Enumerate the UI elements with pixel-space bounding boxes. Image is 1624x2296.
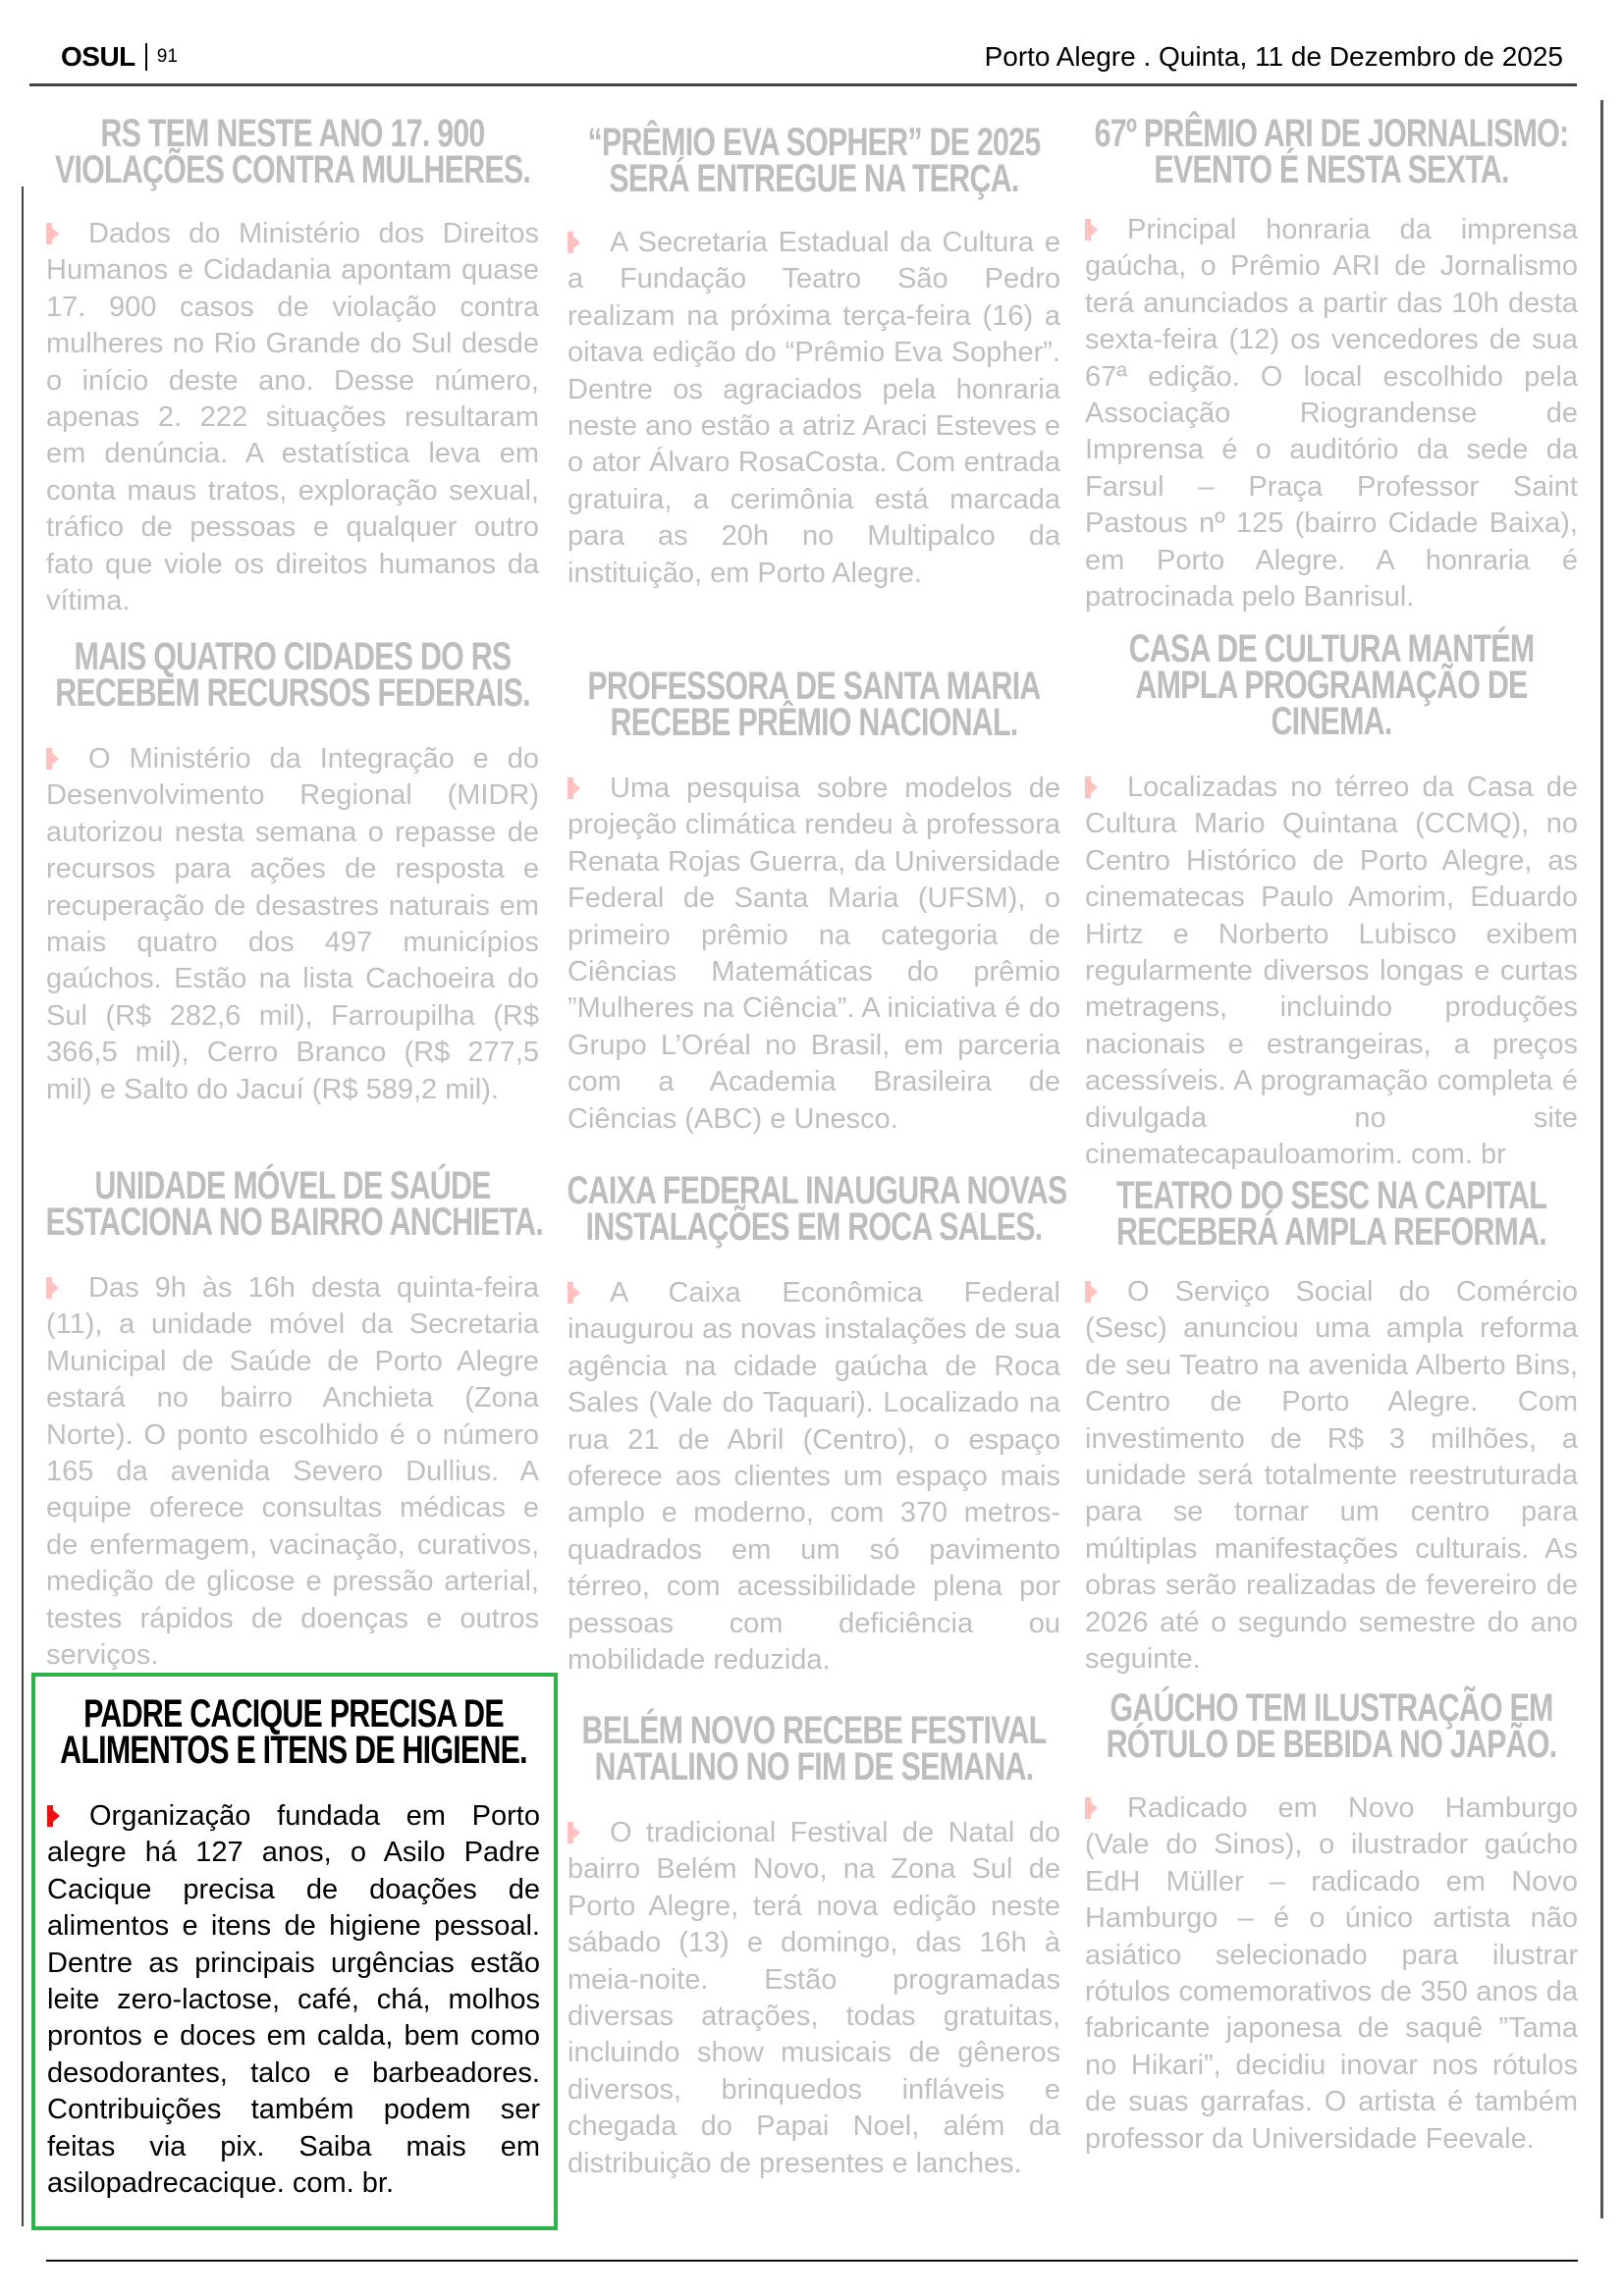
headline: CAIXA FEDERAL INAUGURA NOVAS INSTALAÇÕES… <box>567 1173 1060 1246</box>
article-unidade-movel: UNIDADE MÓVEL DE SAÚDE ESTACIONA NO BAIR… <box>46 1168 539 1674</box>
article-premio-ari: 67º PRÊMIO ARI DE JORNALISMO: EVENTO É N… <box>1085 116 1578 615</box>
headline-line: ALIMENTOS E ITENS DE HIGIENE. <box>46 1733 540 1769</box>
article-recursos-federais: MAIS QUATRO CIDADES DO RS RECEBEM RECURS… <box>46 639 539 1108</box>
headline-line: PROFESSORA DE SANTA MARIA <box>567 668 1060 705</box>
article-body: O Ministério da Integração e do Desenvol… <box>46 741 539 1108</box>
headline: BELÉM NOVO RECEBE FESTIVAL NATALINO NO F… <box>567 1713 1060 1786</box>
article-teatro-sesc: TEATRO DO SESC NA CAPITAL RECEBERÁ AMPLA… <box>1085 1178 1578 1678</box>
article-gaucho-japao: GAÚCHO TEM ILUSTRAÇÃO EM RÓTULO DE BEBID… <box>1085 1690 1578 2158</box>
headline: MAIS QUATRO CIDADES DO RS RECEBEM RECURS… <box>45 639 539 712</box>
article-text: Organização fundada em Porto alegre há 1… <box>47 1800 540 2199</box>
publication-name: OSUL <box>61 41 135 73</box>
article-body: Dados do Ministério dos Direitos Humanos… <box>46 216 539 619</box>
headline: PADRE CACIQUE PRECISA DE ALIMENTOS E ITE… <box>46 1696 540 1769</box>
article-body: Uma pesquisa sobre modelos de projeção c… <box>568 771 1060 1138</box>
bullet-arrow-icon <box>46 1277 59 1299</box>
bullet-arrow-icon <box>1085 1281 1098 1303</box>
highlight-box: PADRE CACIQUE PRECISA DE ALIMENTOS E ITE… <box>31 1673 558 2230</box>
headline-line: INSTALAÇÕES EM ROCA SALES. <box>567 1209 1060 1246</box>
bullet-arrow-icon <box>1085 219 1098 240</box>
article-body: Principal honraria da imprensa gaúcha, o… <box>1085 212 1578 615</box>
column-2-c: CAIXA FEDERAL INAUGURA NOVAS INSTALAÇÕES… <box>568 1173 1060 1707</box>
article-text: A Caixa Econômica Federal inaugurou as n… <box>568 1277 1060 1676</box>
headline-line: PADRE CACIQUE PRECISA DE <box>46 1696 540 1733</box>
headline-line: 67º PRÊMIO ARI DE JORNALISMO: <box>1084 116 1578 152</box>
article-body: Das 9h às 16h desta quinta-feira (11), a… <box>46 1270 539 1674</box>
column-2: “PRÊMIO EVA SOPHER” DE 2025 SERÁ ENTREGU… <box>568 125 1060 620</box>
column-1: RS TEM NESTE ANO 17. 900 VIOLAÇÕES CONTR… <box>46 116 539 648</box>
column-3-b: CASA DE CULTURA MANTÉM AMPLA PROGRAMAÇÃO… <box>1085 631 1578 1201</box>
bullet-arrow-icon <box>568 777 580 799</box>
headline-line: GAÚCHO TEM ILUSTRAÇÃO EM <box>1084 1690 1578 1727</box>
headline: TEATRO DO SESC NA CAPITAL RECEBERÁ AMPLA… <box>1084 1178 1578 1251</box>
article-body: O Serviço Social do Comércio (Sesc) anun… <box>1085 1274 1578 1678</box>
column-3-d: GAÚCHO TEM ILUSTRAÇÃO EM RÓTULO DE BEBID… <box>1085 1690 1578 2186</box>
article-violacoes: RS TEM NESTE ANO 17. 900 VIOLAÇÕES CONTR… <box>46 116 539 619</box>
column-1-c: UNIDADE MÓVEL DE SAÚDE ESTACIONA NO BAIR… <box>46 1168 539 1702</box>
article-text: A Secretaria Estadual da Cultura e a Fun… <box>568 227 1060 589</box>
bullet-arrow-icon <box>568 1822 580 1843</box>
headline: UNIDADE MÓVEL DE SAÚDE ESTACIONA NO BAIR… <box>45 1168 539 1241</box>
headline-line: CAIXA FEDERAL INAUGURA NOVAS <box>567 1173 1060 1209</box>
article-body: A Caixa Econômica Federal inaugurou as n… <box>568 1275 1060 1679</box>
article-text: Radicado em Novo Hamburgo (Vale do Sinos… <box>1085 1792 1578 2155</box>
headline-line: TEATRO DO SESC NA CAPITAL <box>1084 1178 1578 1214</box>
headline: RS TEM NESTE ANO 17. 900 VIOLAÇÕES CONTR… <box>45 116 539 188</box>
article-eva-sopher: “PRÊMIO EVA SOPHER” DE 2025 SERÁ ENTREGU… <box>568 125 1060 592</box>
headline: CASA DE CULTURA MANTÉM AMPLA PROGRAMAÇÃO… <box>1084 631 1578 740</box>
article-body: O tradicional Festival de Natal do bairr… <box>568 1815 1060 2182</box>
headline-line: CASA DE CULTURA MANTÉM <box>1084 631 1578 667</box>
article-body: A Secretaria Estadual da Cultura e a Fun… <box>568 225 1060 592</box>
headline-line: RECEBE PRÊMIO NACIONAL. <box>567 705 1060 741</box>
article-text: Localizadas no térreo da Casa de Cultura… <box>1085 772 1578 1170</box>
bullet-arrow-icon <box>1085 1797 1098 1819</box>
article-text: Uma pesquisa sobre modelos de projeção c… <box>568 773 1060 1135</box>
headline-line: ESTACIONA NO BAIRRO ANCHIETA. <box>45 1204 539 1241</box>
headline-line: EVENTO É NESTA SEXTA. <box>1084 152 1578 188</box>
headline-line: VIOLAÇÕES CONTRA MULHERES. <box>45 152 539 188</box>
bullet-arrow-icon <box>1085 776 1098 798</box>
column-1-b: MAIS QUATRO CIDADES DO RS RECEBEM RECURS… <box>46 639 539 1137</box>
article-caixa: CAIXA FEDERAL INAUGURA NOVAS INSTALAÇÕES… <box>568 1173 1060 1679</box>
right-border-line <box>1600 100 1603 2218</box>
column-3-c: TEATRO DO SESC NA CAPITAL RECEBERÁ AMPLA… <box>1085 1178 1578 1706</box>
headline-line: BELÉM NOVO RECEBE FESTIVAL <box>567 1713 1060 1749</box>
headline-line: RÓTULO DE BEBIDA NO JAPÃO. <box>1084 1727 1578 1763</box>
headline-line: RECEBERÁ AMPLA REFORMA. <box>1084 1214 1578 1251</box>
article-text: Das 9h às 16h desta quinta-feira (11), a… <box>46 1272 539 1671</box>
column-3: 67º PRÊMIO ARI DE JORNALISMO: EVENTO É N… <box>1085 116 1578 644</box>
bullet-arrow-icon <box>47 1805 60 1827</box>
column-2-d: BELÉM NOVO RECEBE FESTIVAL NATALINO NO F… <box>568 1713 1060 2211</box>
bullet-arrow-icon <box>46 748 59 770</box>
bullet-arrow-icon <box>568 232 580 253</box>
bullet-arrow-icon <box>568 1282 580 1304</box>
headline: PROFESSORA DE SANTA MARIA RECEBE PRÊMIO … <box>567 668 1060 741</box>
headline-line: “PRÊMIO EVA SOPHER” DE 2025 <box>567 125 1060 161</box>
article-text: O tradicional Festival de Natal do bairr… <box>568 1817 1060 2179</box>
headline: 67º PRÊMIO ARI DE JORNALISMO: EVENTO É N… <box>1084 116 1578 188</box>
headline-line: RS TEM NESTE ANO 17. 900 <box>45 116 539 152</box>
article-text: Dados do Ministério dos Direitos Humanos… <box>46 218 539 616</box>
article-text: Principal honraria da imprensa gaúcha, o… <box>1085 214 1578 613</box>
article-body: Localizadas no térreo da Casa de Cultura… <box>1085 770 1578 1173</box>
column-2-b: PROFESSORA DE SANTA MARIA RECEBE PRÊMIO … <box>568 668 1060 1166</box>
article-text: O Ministério da Integração e do Desenvol… <box>46 743 539 1105</box>
headline-line: RECEBEM RECURSOS FEDERAIS. <box>45 675 539 712</box>
headline-line: SERÁ ENTREGUE NA TERÇA. <box>567 161 1060 197</box>
bullet-arrow-icon <box>46 223 59 244</box>
article-casa-cultura: CASA DE CULTURA MANTÉM AMPLA PROGRAMAÇÃO… <box>1085 631 1578 1173</box>
article-text: O Serviço Social do Comércio (Sesc) anun… <box>1085 1276 1578 1675</box>
header-rule <box>29 83 1577 86</box>
article-body: Organização fundada em Porto alegre há 1… <box>47 1798 540 2202</box>
headline: “PRÊMIO EVA SOPHER” DE 2025 SERÁ ENTREGU… <box>567 125 1060 197</box>
headline: GAÚCHO TEM ILUSTRAÇÃO EM RÓTULO DE BEBID… <box>1084 1690 1578 1763</box>
page-number: 91 <box>157 46 178 68</box>
article-professora: PROFESSORA DE SANTA MARIA RECEBE PRÊMIO … <box>568 668 1060 1138</box>
dateline: Porto Alegre . Quinta, 11 de Dezembro de… <box>985 41 1563 73</box>
article-body: Radicado em Novo Hamburgo (Vale do Sinos… <box>1085 1790 1578 2158</box>
headline-line: MAIS QUATRO CIDADES DO RS <box>45 639 539 675</box>
headline-line: AMPLA PROGRAMAÇÃO DE <box>1084 667 1578 704</box>
headline-line: UNIDADE MÓVEL DE SAÚDE <box>45 1168 539 1204</box>
footer-rule <box>46 2260 1578 2262</box>
divider <box>145 43 147 71</box>
headline-line: CINEMA. <box>1084 704 1578 740</box>
masthead: OSUL 91 <box>61 41 178 73</box>
headline-line: NATALINO NO FIM DE SEMANA. <box>567 1749 1060 1786</box>
article-belem-novo: BELÉM NOVO RECEBE FESTIVAL NATALINO NO F… <box>568 1713 1060 2182</box>
left-border-line <box>22 187 24 2226</box>
